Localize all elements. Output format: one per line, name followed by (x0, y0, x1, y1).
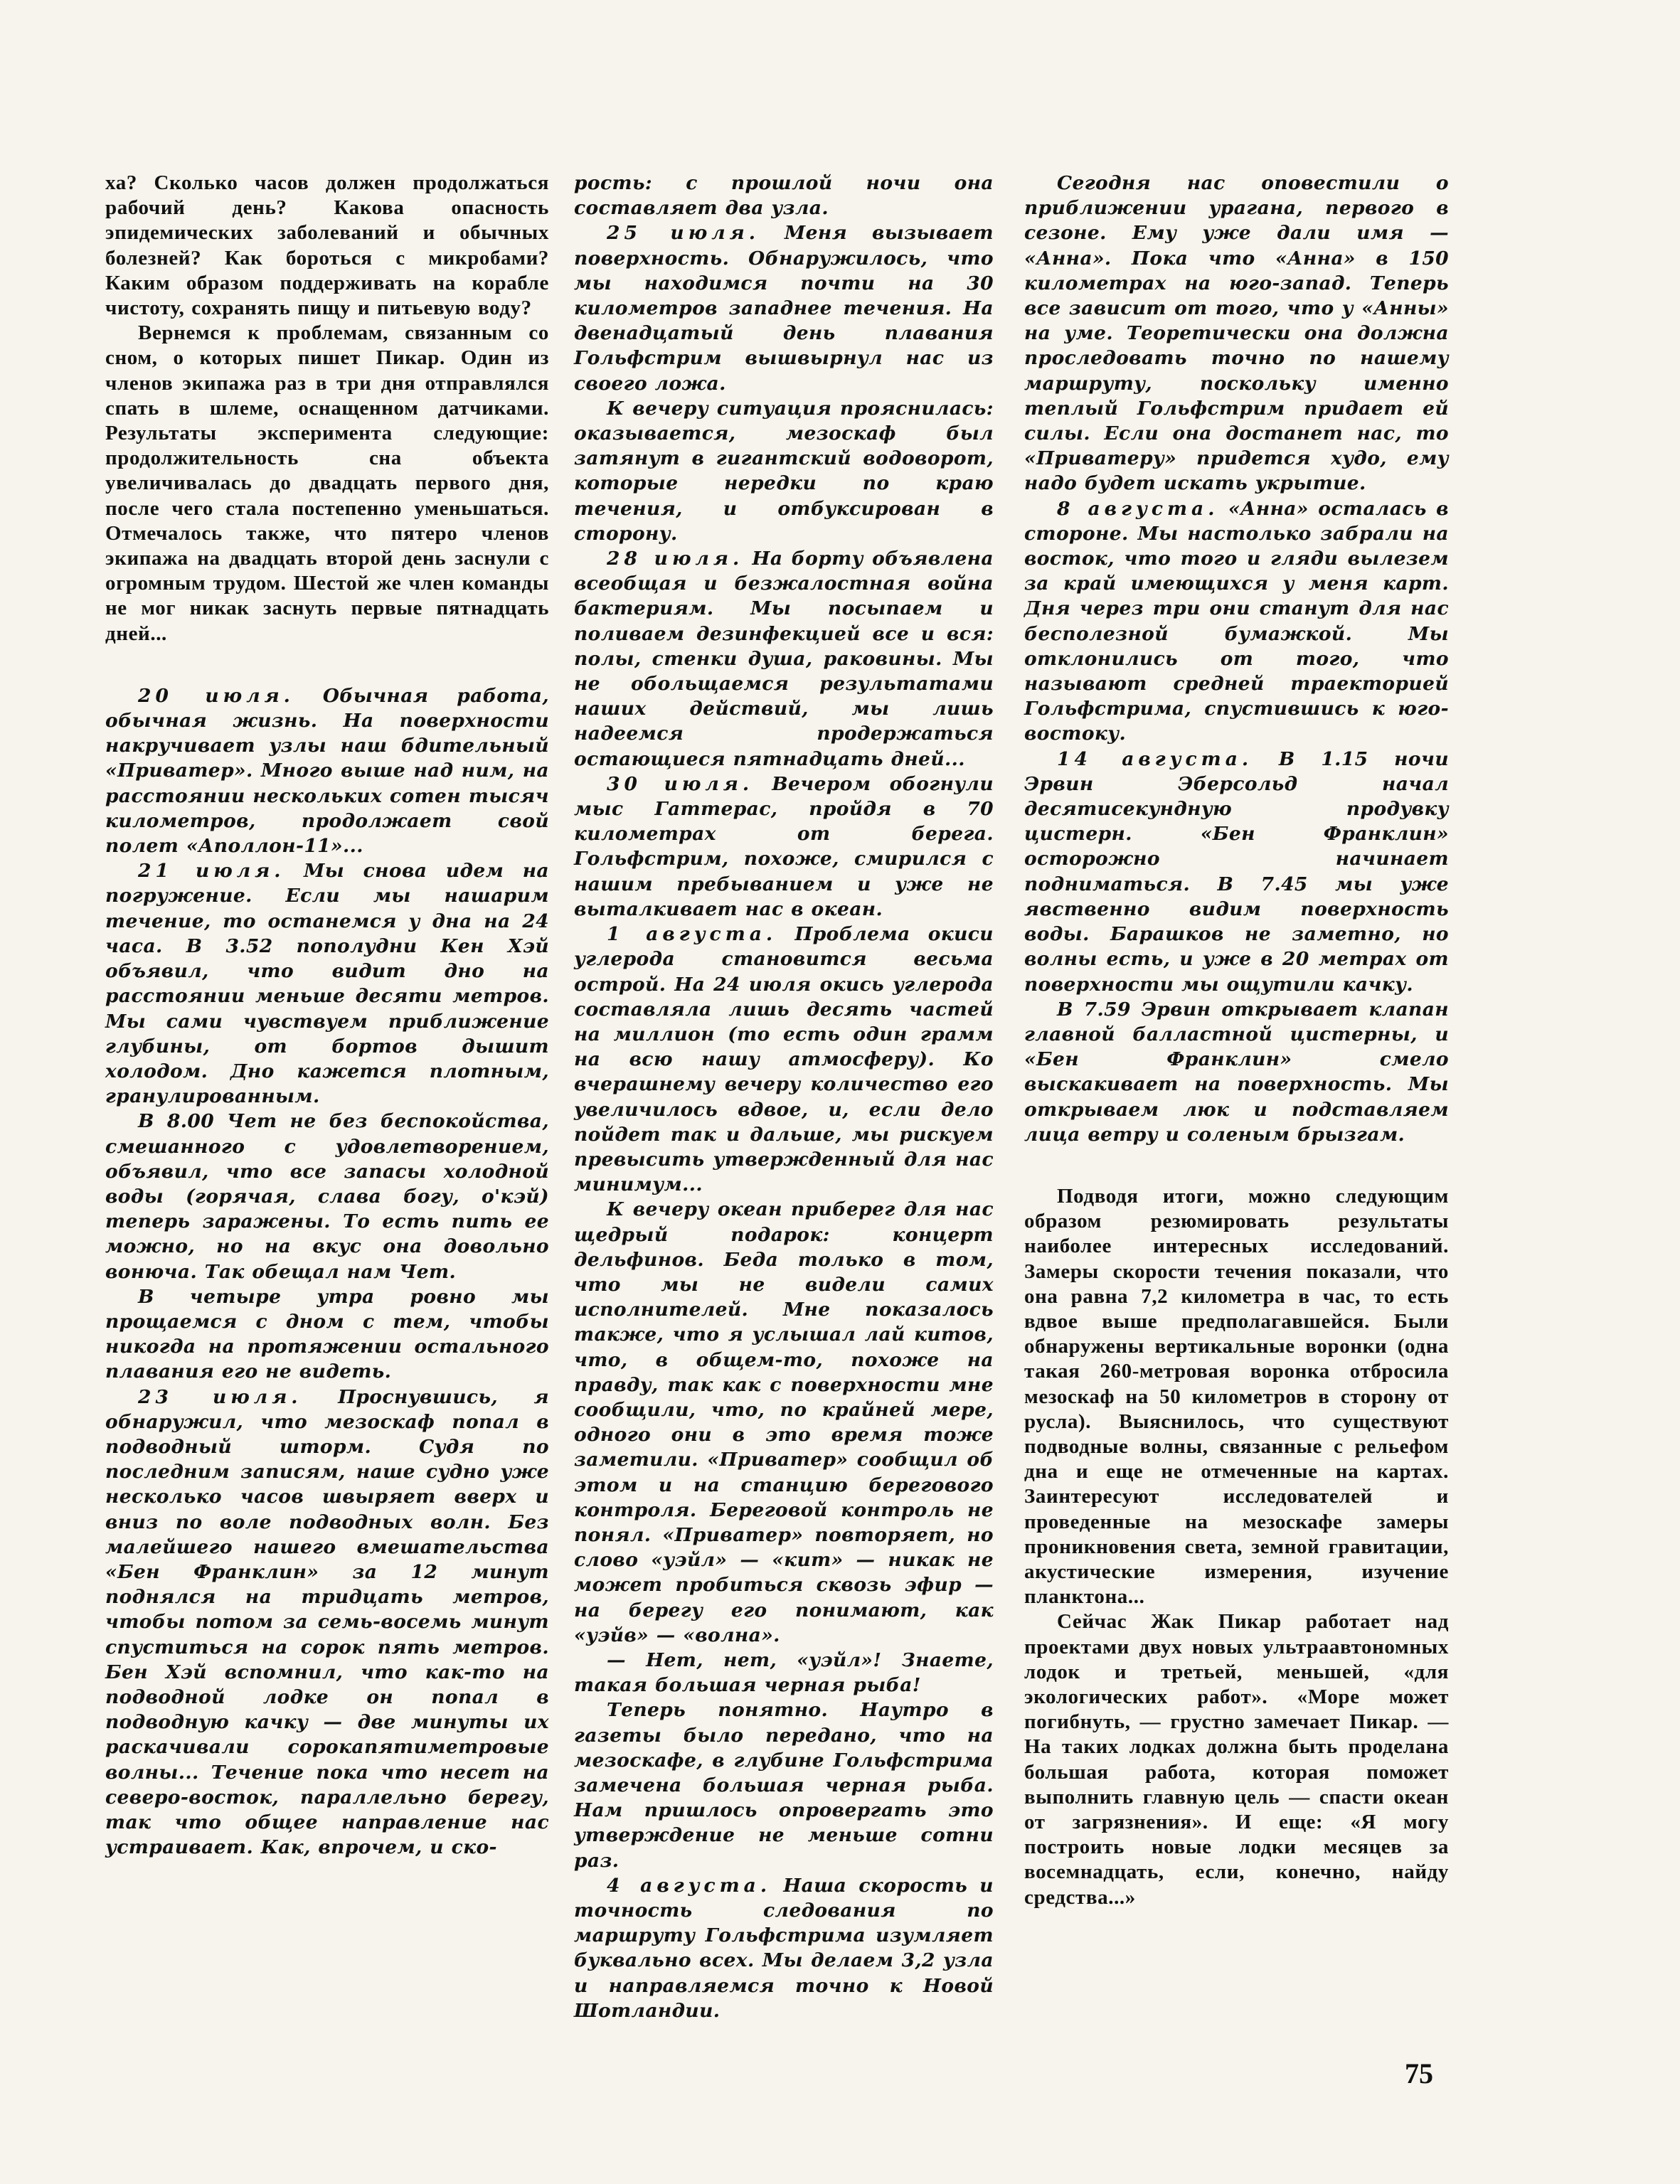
entry-text: Меня вызывает поверхность. Обнаружилось,… (574, 222, 994, 394)
page-number: 75 (1405, 2057, 1433, 2090)
diary-entry-july-20: 20 июля. Обычная работа, обычная жизнь. … (105, 683, 549, 858)
entry-text: Проснувшись, я обнаружил, что мезоскаф п… (105, 1386, 549, 1859)
entry-text: В 1.15 ночи Эрвин Эберсольд начал десяти… (1024, 748, 1449, 996)
diary-entry-august-14: 14 августа. В 1.15 ночи Эрвин Эберсольд … (1024, 747, 1449, 997)
entry-date: 1 августа. (607, 923, 777, 945)
entry-text: «Анна» осталась в стороне. Мы настолько … (1024, 498, 1449, 745)
text-column-1: ха? Сколько часов должен продолжаться ра… (105, 171, 549, 1860)
diary-paragraph-hurricane: Сегодня нас оповестили о приближении ура… (1024, 171, 1449, 496)
diary-paragraph-whirlpool: К вечеру ситуация прояснилась: оказывает… (574, 396, 994, 546)
entry-date: 20 июля. (138, 685, 294, 707)
entry-date: 14 августа. (1057, 748, 1253, 770)
entry-date: 28 июля. (607, 548, 743, 570)
paragraph-picard-projects: Сейчас Жак Пикар работает над проектами … (1024, 1609, 1449, 1909)
text-column-3: Сегодня нас оповестили о приближении ура… (1024, 171, 1449, 1910)
diary-paragraph-surfacing: В 7.59 Эрвин открывает клапан главной ба… (1024, 997, 1449, 1147)
section-gap (105, 646, 549, 683)
diary-paragraph-water: В 8.00 Чет не без беспокойства, смешанно… (105, 1109, 549, 1284)
paragraph-summary-results: Подводя итоги, можно следующим образом р… (1024, 1184, 1449, 1609)
entry-text: Мы снова идем на погружение. Если мы наш… (105, 860, 549, 1107)
diary-entry-august-1: 1 августа. Проблема окиси углерода стано… (574, 922, 994, 1197)
diary-continuation: рость: с прошлой ночи она составляет два… (574, 171, 994, 220)
entry-date: 23 июля. (138, 1386, 302, 1408)
entry-text: Проблема окиси углерода становится весьм… (574, 923, 994, 1195)
entry-text: Обычная работа, обычная жизнь. На поверх… (105, 685, 549, 857)
diary-entry-july-21: 21 июля. Мы снова идем на погружение. Ес… (105, 858, 549, 1109)
diary-entry-august-8: 8 августа. «Анна» осталась в стороне. Мы… (1024, 496, 1449, 747)
entry-date: 8 августа. (1057, 498, 1218, 520)
paragraph-sleep-experiment: Вернемся к проблемам, связанным со сном,… (105, 321, 549, 646)
diary-paragraph-dialogue: — Нет, нет, «уэйл»! Знаете, такая больша… (574, 1648, 994, 1698)
entry-text: На борту объявлена всеобщая и безжалостн… (574, 548, 994, 770)
paragraph-questions: ха? Сколько часов должен продолжаться ра… (105, 171, 549, 321)
diary-entry-july-23: 23 июля. Проснувшись, я обнаружил, что м… (105, 1385, 549, 1860)
section-gap (1024, 1147, 1449, 1184)
entry-date: 21 июля. (138, 860, 285, 882)
entry-date: 30 июля. (607, 773, 753, 795)
entry-date: 25 июля. (607, 222, 760, 244)
magazine-page: ха? Сколько часов должен продолжаться ра… (0, 0, 1680, 2184)
diary-entry-july-25: 25 июля. Меня вызывает поверхность. Обна… (574, 220, 994, 395)
diary-entry-july-28: 28 июля. На борту объявлена всеобщая и б… (574, 546, 994, 772)
diary-entry-july-30: 30 июля. Вечером обогнули мыс Гаттерас, … (574, 772, 994, 922)
entry-date: 4 августа. (607, 1875, 771, 1897)
diary-paragraph-newspapers: Теперь понятно. Наутро в газеты было пер… (574, 1698, 994, 1873)
text-column-2: рость: с прошлой ночи она составляет два… (574, 171, 994, 2023)
diary-paragraph-dolphins: К вечеру океан приберег для нас щедрый п… (574, 1197, 994, 1648)
diary-entry-august-4: 4 августа. Наша скорость и точность след… (574, 1873, 994, 2023)
diary-paragraph-leave-bottom: В четыре утра ровно мы прощаемся с дном … (105, 1284, 549, 1385)
